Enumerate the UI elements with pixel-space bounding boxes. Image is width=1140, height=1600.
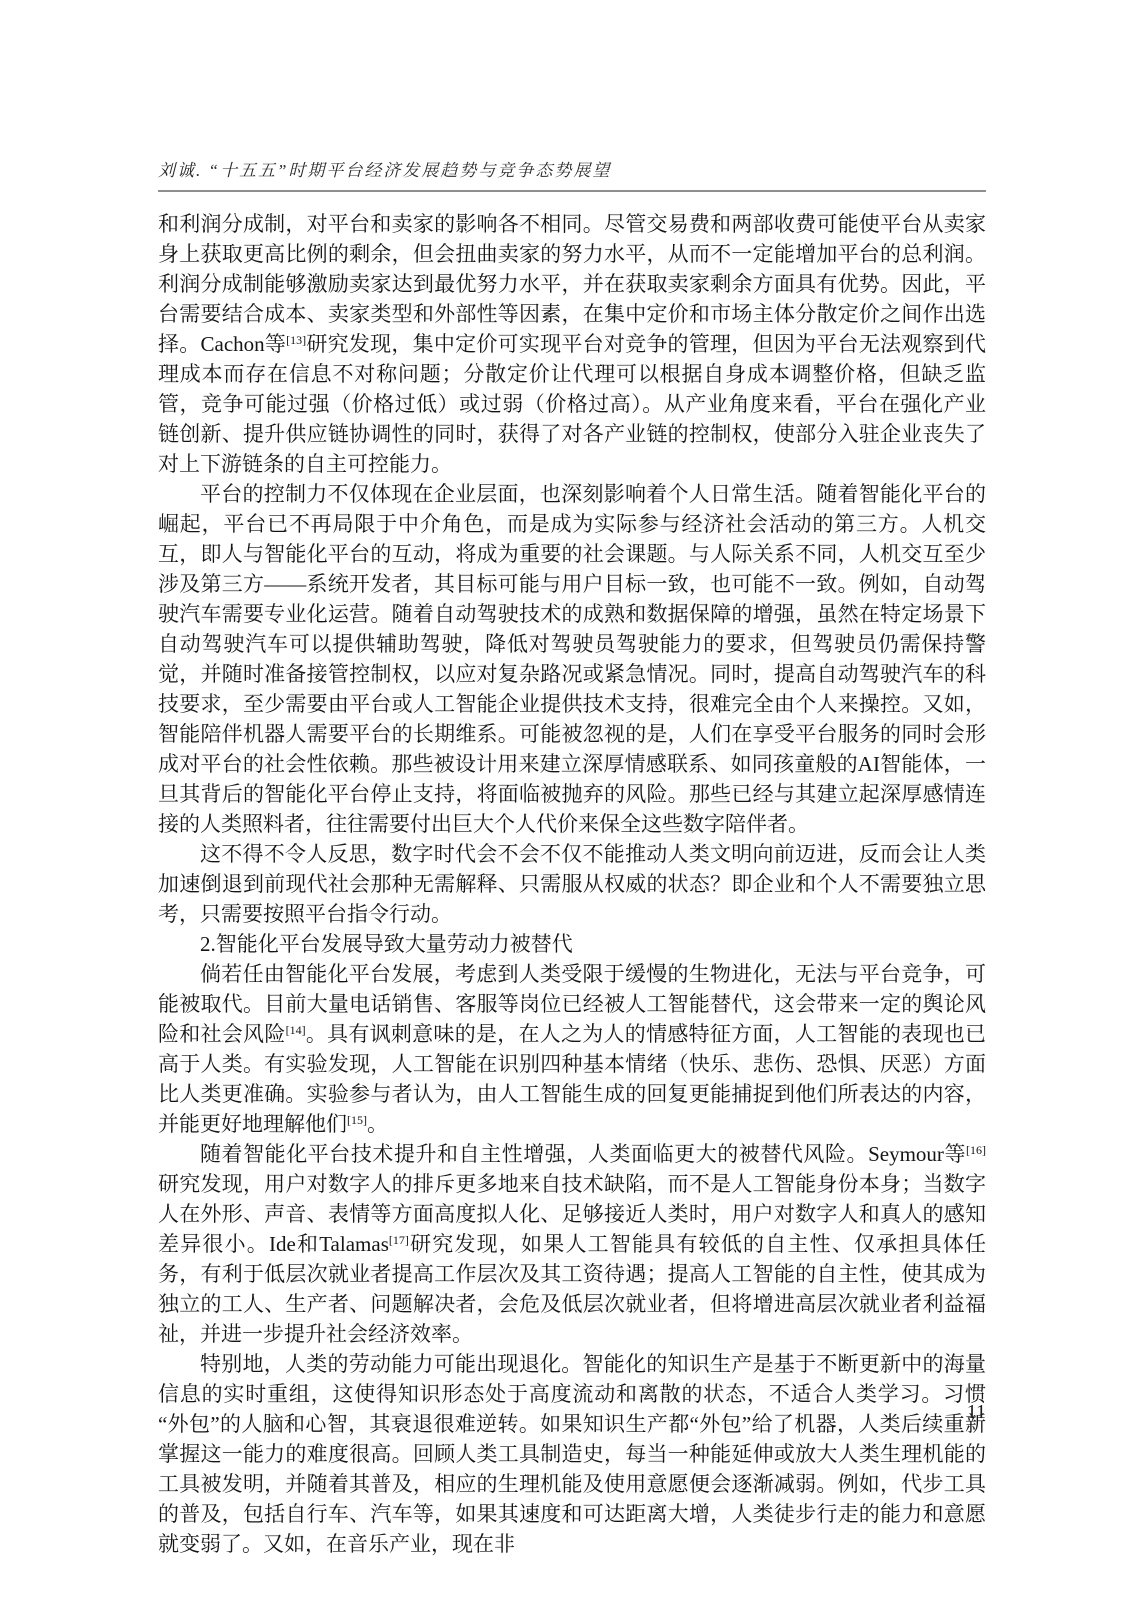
paragraph: 和利润分成制，对平台和卖家的影响各不相同。尽管交易费和两部收费可能使平台从卖家身… <box>158 209 986 479</box>
running-header-text: 刘诚. “十五五”时期平台经济发展趋势与竞争态势展望 <box>158 161 611 180</box>
document-page: 刘诚. “十五五”时期平台经济发展趋势与竞争态势展望 和利润分成制，对平台和卖家… <box>0 0 1140 1600</box>
paragraph: 随着智能化平台技术提升和自主性增强，人类面临更大的被替代风险。Seymour等[… <box>158 1139 986 1349</box>
section-heading: 2.智能化平台发展导致大量劳动力被替代 <box>158 929 986 959</box>
running-header: 刘诚. “十五五”时期平台经济发展趋势与竞争态势展望 <box>158 156 986 192</box>
citation-ref: [13] <box>286 333 306 347</box>
citation-ref: [15] <box>347 1113 367 1127</box>
paragraph: 特别地，人类的劳动能力可能出现退化。智能化的知识生产是基于不断更新中的海量信息的… <box>158 1349 986 1559</box>
citation-ref: [16] <box>966 1143 986 1157</box>
page-number: 11 <box>967 1401 986 1423</box>
paragraph: 这不得不令人反思，数字时代会不会不仅不能推动人类文明向前迈进，反而会让人类加速倒… <box>158 839 986 929</box>
paragraph: 平台的控制力不仅体现在企业层面，也深刻影响着个人日常生活。随着智能化平台的崛起，… <box>158 479 986 839</box>
paragraph: 倘若任由智能化平台发展，考虑到人类受限于缓慢的生物进化，无法与平台竞争，可能被取… <box>158 959 986 1139</box>
page-footer: 11 <box>158 1401 986 1424</box>
citation-ref: [17] <box>389 1233 409 1247</box>
article-body: 和利润分成制，对平台和卖家的影响各不相同。尽管交易费和两部收费可能使平台从卖家身… <box>158 209 986 1559</box>
citation-ref: [14] <box>286 1023 306 1037</box>
